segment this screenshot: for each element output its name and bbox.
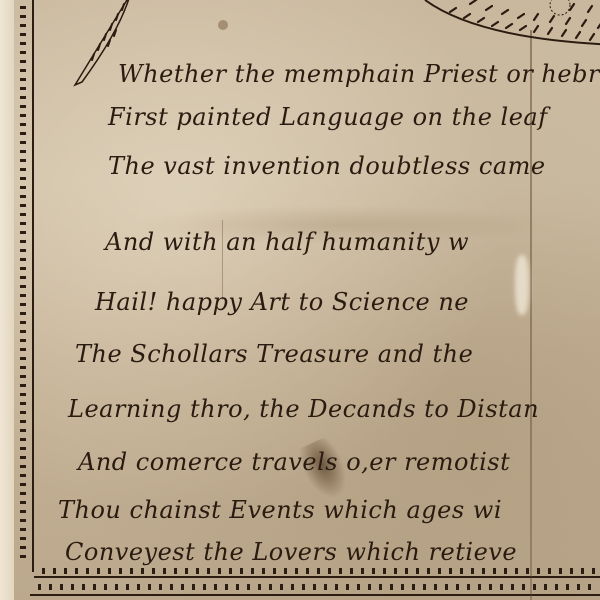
cloud-ornament-icon [420,0,600,50]
poem-line-9: Thou chainst Events which ages wi [58,496,502,524]
poem-line-10: Conveyest the Lovers which retieve [65,538,517,566]
bottom-border-rule-lower [30,594,600,596]
poem-line-6: The Schollars Treasure and the [75,340,473,368]
paper-tear [515,255,529,315]
bottom-ornamental-border-lower [30,584,596,590]
poem-line-7: Learning thro, the Decands to Distan [68,395,539,423]
poem-line-2: First painted Language on the leaf [108,103,548,131]
bottom-ornamental-border-upper [34,568,600,574]
poem-line-3: The vast invention doubtless came [108,152,546,180]
left-ornamental-border [16,0,32,560]
frame-mat [0,0,14,600]
left-border-rule [32,0,34,572]
poem-line-4: And with an half humanity w [105,228,469,256]
spot-stain [218,20,228,30]
manuscript-photo: Whether the memphain Priest or hebr Firs… [0,0,600,600]
poem-line-8: And comerce travels o,er remotist [78,448,510,476]
poem-line-1: Whether the memphain Priest or hebr [118,60,600,88]
poem-line-5: Hail! happy Art to Science ne [95,288,469,316]
bottom-border-rule-upper [34,576,600,578]
